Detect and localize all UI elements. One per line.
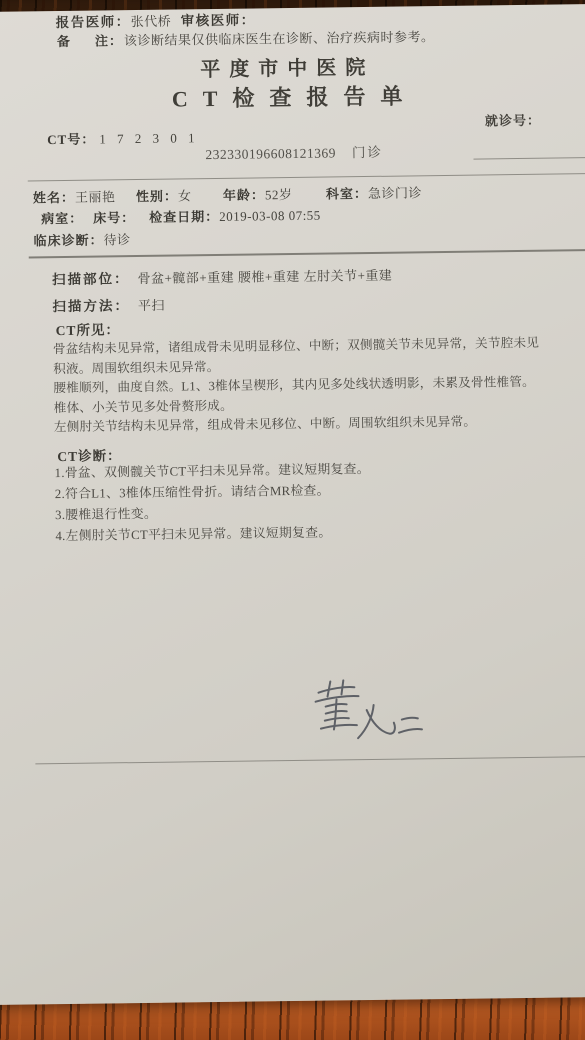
visit-number-blank-line [473, 157, 585, 160]
ct-number-value: 1 7 2 3 0 1 [99, 130, 198, 146]
exam-date-label: 检查日期： [149, 209, 219, 225]
scan-part-label: 扫描部位： [52, 271, 130, 287]
ct-report-paper: 平度市中医院 CT检查报告单 就诊号： CT号：1 7 2 3 0 1 2323… [0, 4, 585, 1005]
scan-part-row: 扫描部位：骨盆+髋部+重建 腰椎+重建 左肘关节+重建 [52, 264, 393, 288]
name-field: 姓名：王丽艳 [33, 186, 116, 206]
report-doctor-name: 张代桥 [131, 14, 172, 30]
clinical-diagnosis-value: 待诊 [103, 232, 130, 247]
ward-label: 病室： [41, 211, 83, 227]
age-field: 年龄：52岁 [223, 184, 293, 204]
ct-findings-text: 骨盆结构未见异常，诸组成骨未见明显移位、中断；双侧髋关节未见异常，关节腔未见 积… [53, 333, 579, 438]
review-doctor-label: 审核医师： [181, 12, 256, 28]
report-doctor-label: 报告医师： [56, 14, 131, 30]
scan-method-label: 扫描方法： [52, 298, 130, 314]
gender-label: 性别： [136, 188, 178, 204]
note-text: 该诊断结果仅供临床医生在诊断、治疗疾病时参考。 [124, 26, 435, 49]
gender-field: 性别：女 [136, 185, 192, 205]
review-doctor-field: 审核医师： [181, 8, 256, 29]
ct-diagnosis-list: 1.骨盆、双侧髋关节CT平扫未见异常。建议短期复查。 2.符合L1、3椎体压缩性… [54, 456, 580, 547]
ct-number-label: CT号： [47, 132, 95, 148]
bed-field: 床号： [93, 207, 135, 227]
name-value: 王丽艳 [75, 189, 116, 205]
reviewer-signature-handwriting [302, 676, 427, 762]
visit-number-label: 就诊号： [485, 110, 541, 130]
name-label: 姓名： [33, 190, 75, 206]
exam-date-field: 检查日期：2019-03-08 07:55 [149, 205, 321, 226]
patient-section-divider [29, 249, 585, 258]
bed-label: 床号： [93, 210, 135, 226]
scan-method-row: 扫描方法：平扫 [52, 294, 165, 315]
age-label: 年龄： [223, 187, 265, 203]
patient-id-row: 232330196608121369门诊 [205, 141, 383, 163]
note-label-2: 注： [95, 30, 123, 49]
ct-findings-label: CT所见： [56, 318, 121, 339]
gender-value: 女 [178, 188, 192, 203]
ct-number-row: CT号：1 7 2 3 0 1 [47, 127, 199, 148]
scan-part-value: 骨盆+髋部+重建 腰椎+重建 左肘关节+重建 [137, 268, 392, 286]
department-field: 科室：急诊门诊 [326, 182, 422, 202]
department-value: 急诊门诊 [368, 185, 422, 201]
report-doctor-field: 报告医师：张代桥 [56, 10, 172, 32]
ward-field: 病室： [41, 208, 83, 228]
age-value: 52岁 [265, 187, 293, 202]
exam-date-value: 2019-03-08 07:55 [219, 208, 321, 224]
clinical-diagnosis-field: 临床诊断：待诊 [33, 229, 130, 249]
clinical-diagnosis-label: 临床诊断： [33, 232, 103, 248]
header-divider [28, 173, 585, 181]
visit-type: 门诊 [352, 145, 383, 160]
department-label: 科室： [326, 186, 368, 202]
note-label-1: 备 [57, 31, 71, 50]
patient-row-3: 临床诊断：待诊 [0, 223, 585, 248]
scan-method-value: 平扫 [138, 298, 165, 313]
id-number: 232330196608121369 [205, 145, 336, 162]
